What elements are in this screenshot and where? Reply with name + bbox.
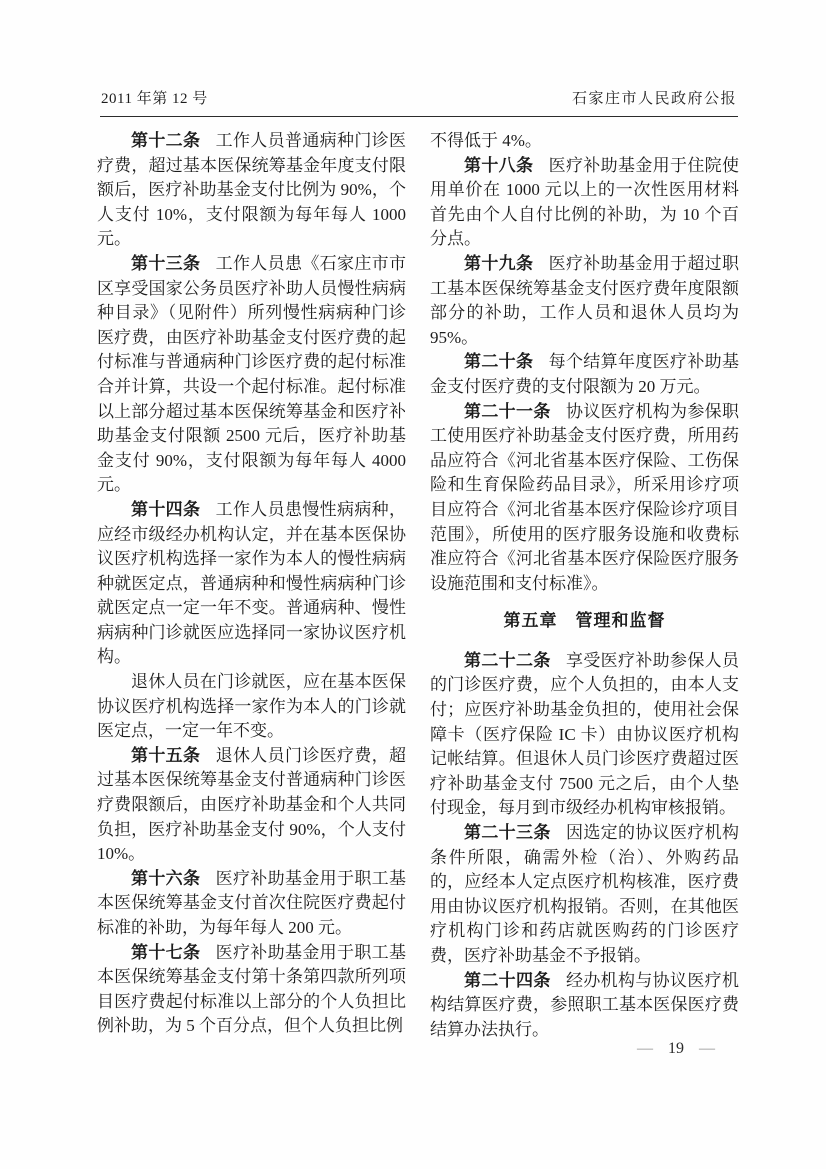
article-19-label: 第十九条	[464, 254, 533, 273]
article-14-label: 第十四条	[131, 500, 200, 519]
article-21-label: 第二十一条	[464, 402, 551, 421]
article-12-paragraph: 第十二条工作人员普通病种门诊医疗费，超过基本医保统筹基金年度支付限额后，医疗补助…	[97, 129, 406, 252]
article-24-paragraph: 第二十四条经办机构与协议医疗机构结算医疗费，参照职工基本医保医疗费结算办法执行。	[430, 969, 739, 1043]
left-column: 第十二条工作人员普通病种门诊医疗费，超过基本医保统筹基金年度支付限额后，医疗补助…	[97, 129, 406, 1042]
article-18-paragraph: 第十八条医疗补助基金用于住院使用单价在 1000 元以上的一次性医用材料首先由个…	[430, 154, 739, 252]
page-number: —19—	[430, 1040, 739, 1058]
article-23-paragraph: 第二十三条因选定的协议医疗机构条件所限，确需外检（治）、外购药品的，应经本人定点…	[430, 821, 739, 969]
article-17-paragraph: 第十七条医疗补助基金用于职工基本医保统筹基金支付第十条第四款所列项目医疗费起付标…	[97, 941, 406, 1039]
article-14-sub-paragraph: 退休人员在门诊就医，应在基本医保协议医疗机构选择一家作为本人的门诊就医定点，一定…	[97, 670, 406, 744]
page-number-value: 19	[668, 1040, 684, 1057]
article-14-text: 工作人员患慢性病病种，应经市级经办机构认定，并在基本医保协议医疗机构选择一家作为…	[97, 500, 406, 667]
article-22-paragraph: 第二十二条享受医疗补助参保人员的门诊医疗费，应个人负担的，由本人支付；应医疗补助…	[430, 649, 739, 821]
page-number-dash-right: —	[699, 1040, 715, 1057]
two-column-body: 第十二条工作人员普通病种门诊医疗费，超过基本医保统筹基金年度支付限额后，医疗补助…	[97, 129, 739, 1042]
article-16-label: 第十六条	[131, 869, 200, 888]
article-17-cont-text: 不得低于 4%。	[430, 131, 542, 150]
article-14-sub-text: 退休人员在门诊就医，应在基本医保协议医疗机构选择一家作为本人的门诊就医定点，一定…	[97, 672, 406, 740]
article-20-paragraph: 第二十条每个结算年度医疗补助基金支付医疗费的支付限额为 20 万元。	[430, 350, 739, 399]
article-12-label: 第十二条	[131, 131, 200, 150]
article-16-paragraph: 第十六条医疗补助基金用于职工基本医保统筹基金支付首次住院医疗费起付标准的补助，为…	[97, 867, 406, 941]
article-13-paragraph: 第十三条工作人员患《石家庄市市区享受国家公务员医疗补助人员慢性病病种目录》（见附…	[97, 252, 406, 498]
article-17-label: 第十七条	[131, 943, 200, 962]
header-rule	[100, 116, 738, 117]
article-21-text: 协议医疗机构为参保职工使用医疗补助基金支付医疗费，所用药品应符合《河北省基本医疗…	[430, 402, 739, 593]
chapter-5-heading: 第五章 管理和监督	[430, 609, 739, 634]
gazette-page: 2011 年第 12 号 石家庄市人民政府公报 第十二条工作人员普通病种门诊医疗…	[0, 0, 826, 1169]
article-13-label: 第十三条	[131, 254, 200, 273]
publication-title: 石家庄市人民政府公报	[572, 87, 737, 108]
page-header: 2011 年第 12 号 石家庄市人民政府公报	[101, 87, 737, 108]
article-13-text: 工作人员患《石家庄市市区享受国家公务员医疗补助人员慢性病病种目录》（见附件）所列…	[97, 254, 406, 494]
article-17-continuation: 不得低于 4%。	[430, 129, 739, 154]
page-number-dash-left: —	[637, 1040, 653, 1057]
article-22-label: 第二十二条	[464, 651, 551, 670]
article-15-label: 第十五条	[131, 746, 200, 765]
article-18-label: 第十八条	[464, 156, 533, 175]
article-20-label: 第二十条	[464, 352, 533, 371]
article-22-text: 享受医疗补助参保人员的门诊医疗费，应个人负担的，由本人支付；应医疗补助基金负担的…	[430, 651, 739, 818]
issue-number: 2011 年第 12 号	[101, 87, 208, 108]
article-19-paragraph: 第十九条医疗补助基金用于超过职工基本医保统筹基金支付医疗费年度限额部分的补助，工…	[430, 252, 739, 350]
article-23-label: 第二十三条	[464, 823, 551, 842]
article-24-label: 第二十四条	[464, 971, 551, 990]
right-column: 不得低于 4%。 第十八条医疗补助基金用于住院使用单价在 1000 元以上的一次…	[430, 129, 739, 1042]
article-14-paragraph: 第十四条工作人员患慢性病病种，应经市级经办机构认定，并在基本医保协议医疗机构选择…	[97, 498, 406, 670]
article-21-paragraph: 第二十一条协议医疗机构为参保职工使用医疗补助基金支付医疗费，所用药品应符合《河北…	[430, 400, 739, 597]
article-23-text: 因选定的协议医疗机构条件所限，确需外检（治）、外购药品的，应经本人定点医疗机构核…	[430, 823, 739, 965]
article-15-paragraph: 第十五条退休人员门诊医疗费，超过基本医保统筹基金支付普通病种门诊医疗费限额后，由…	[97, 744, 406, 867]
